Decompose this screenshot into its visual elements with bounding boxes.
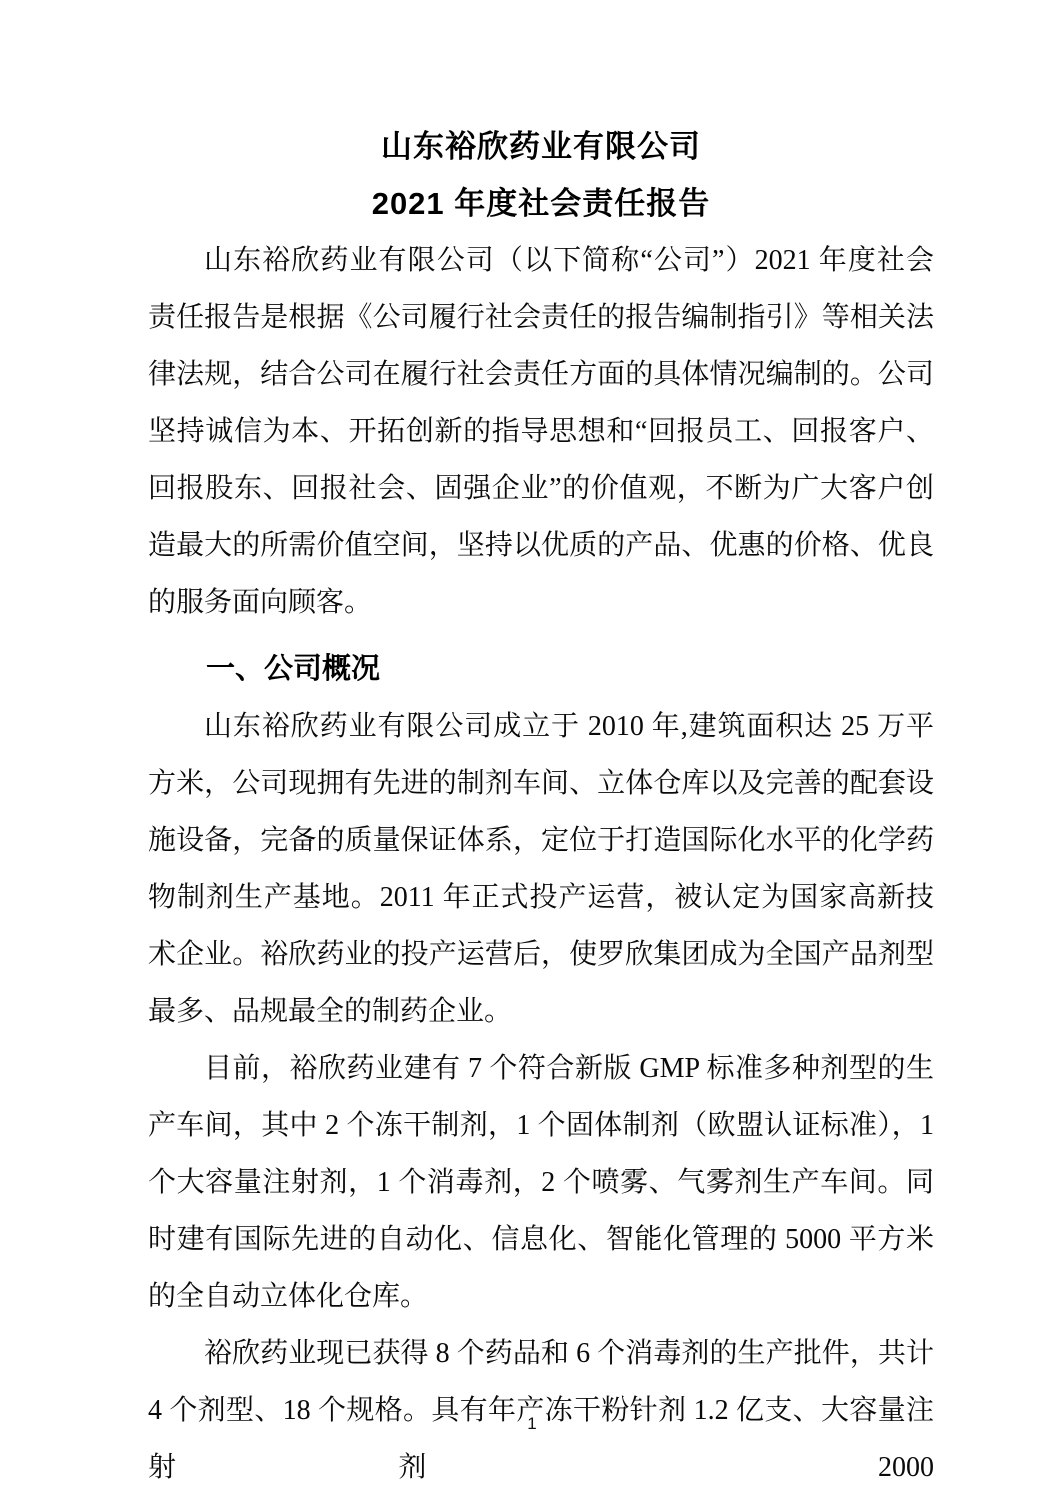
page-number: 1 [0, 1414, 1064, 1434]
section-heading-company-overview: 一、公司概况 [148, 641, 934, 698]
document-subtitle: 2021 年度社会责任报告 [148, 175, 934, 232]
paragraph-production-approvals: 裕欣药业现已获得 8 个药品和 6 个消毒剂的生产批件，共计 4 个剂型、18 … [148, 1325, 934, 1496]
document-page: 山东裕欣药业有限公司 2021 年度社会责任报告 山东裕欣药业有限公司（以下简称… [0, 0, 1064, 1510]
paragraph-company-founding: 山东裕欣药业有限公司成立于 2010 年,建筑面积达 25 万平方米，公司现拥有… [148, 698, 934, 1040]
paragraph-production-workshops: 目前，裕欣药业建有 7 个符合新版 GMP 标准多种剂型的生产车间，其中 2 个… [148, 1040, 934, 1325]
document-title: 山东裕欣药业有限公司 [148, 118, 934, 175]
paragraph-intro: 山东裕欣药业有限公司（以下简称“公司”）2021 年度社会责任报告是根据《公司履… [148, 232, 934, 631]
document-content: 山东裕欣药业有限公司 2021 年度社会责任报告 山东裕欣药业有限公司（以下简称… [148, 118, 934, 1496]
